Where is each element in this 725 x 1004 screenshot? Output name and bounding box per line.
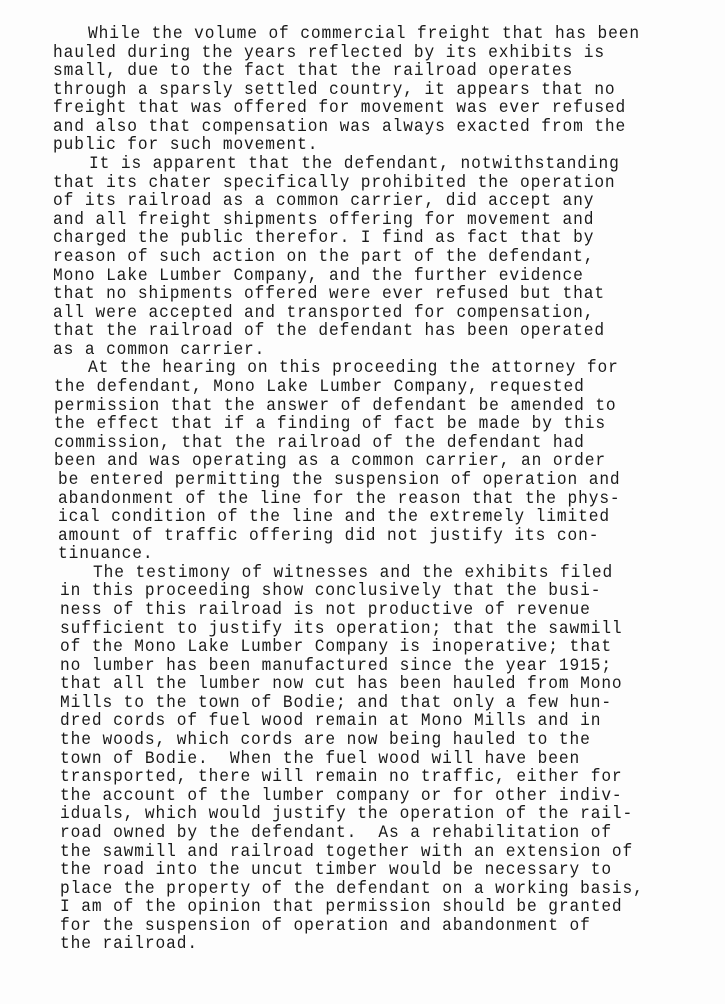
paragraph-line: the road into the uncut timber would be … — [60, 860, 612, 879]
paragraph-line: reason of such action on the part of the… — [53, 247, 594, 266]
paragraph-line: charged the public therefor. I find as f… — [53, 228, 594, 247]
paragraph-line: all were accepted and transported for co… — [53, 303, 594, 322]
paragraph-line: of the Mono Lake Lumber Company is inope… — [60, 637, 612, 656]
paragraph-first-line: At the hearing on this proceeding the at… — [88, 358, 619, 377]
paragraph-line: Mills to the town of Bodie; and that onl… — [60, 693, 612, 712]
paragraph-line: the woods, which cords are now being hau… — [60, 730, 591, 749]
paragraph-line: of its railroad as a common carrier, did… — [53, 191, 594, 210]
paragraph-line: small, due to the fact that the railroad… — [53, 61, 573, 80]
paragraph-line: no lumber has been manufactured since th… — [60, 656, 612, 675]
paragraph-line: road owned by the defendant. As a rehabi… — [60, 823, 612, 842]
paragraph-line: hauled during the years reflected by its… — [53, 43, 605, 62]
paragraph-line: through a sparsly settled country, it ap… — [53, 80, 616, 99]
paragraph-line: amount of traffic offering did not justi… — [58, 526, 599, 545]
paragraph-line: freight that was offered for movement wa… — [53, 98, 626, 117]
paragraph-line: transported, there will remain no traffi… — [60, 767, 623, 786]
paragraph-line: and also that compensation was always ex… — [53, 117, 626, 136]
paragraph-line: that no shipments offered were ever refu… — [53, 284, 605, 303]
paragraph-first-line: While the volume of commercial freight t… — [88, 24, 640, 43]
paragraph-line: in this proceeding show conclusively tha… — [60, 581, 601, 600]
paragraph-line: Mono Lake Lumber Company, and the furthe… — [53, 266, 584, 285]
paragraph-line: commission, that the railroad of the def… — [54, 433, 585, 452]
paragraph-line: as a common carrier. — [53, 340, 265, 359]
document-page: While the volume of commercial freight t… — [0, 0, 725, 1004]
paragraph-line: town of Bodie. When the fuel wood will h… — [60, 749, 580, 768]
paragraph-line: for the suspension of operation and aban… — [60, 916, 591, 935]
paragraph-line: public for such movement. — [53, 135, 318, 154]
paragraph-line: the railroad. — [60, 934, 198, 953]
paragraph-line: place the property of the defendant on a… — [60, 879, 644, 898]
paragraph-line: the sawmill and railroad together with a… — [60, 842, 633, 861]
paragraph-line: tinuance. — [58, 544, 154, 563]
paragraph-line: abandonment of the line for the reason t… — [58, 489, 621, 508]
paragraph-line: and all freight shipments offering for m… — [53, 210, 594, 229]
paragraph-line: that the railroad of the defendant has b… — [53, 321, 605, 340]
paragraph-line: iduals, which would justify the operatio… — [60, 804, 633, 823]
paragraph-line: ness of this railroad is not productive … — [60, 600, 591, 619]
paragraph-line: that all the lumber now cut has been hau… — [60, 674, 623, 693]
paragraph-line: dred cords of fuel wood remain at Mono M… — [60, 711, 601, 730]
paragraph-first-line: The testimony of witnesses and the exhib… — [93, 563, 613, 582]
paragraph-line: permission that the answer of defendant … — [54, 396, 617, 415]
paragraph-line: I am of the opinion that permission shou… — [60, 897, 623, 916]
paragraph-line: the account of the lumber company or for… — [60, 786, 623, 805]
paragraph-line: ical condition of the line and the extre… — [58, 507, 610, 526]
paragraph-line: the defendant, Mono Lake Lumber Company,… — [54, 377, 585, 396]
paragraph-line: sufficient to justify its operation; tha… — [60, 619, 623, 638]
paragraph-line: be entered permitting the suspension of … — [58, 470, 621, 489]
paragraph-line: that its chater specifically prohibited … — [53, 173, 616, 192]
paragraph-first-line: It is apparent that the defendant, notwi… — [89, 154, 620, 173]
paragraph-line: the effect that if a finding of fact be … — [54, 414, 606, 433]
paragraph-line: been and was operating as a common carri… — [54, 451, 606, 470]
